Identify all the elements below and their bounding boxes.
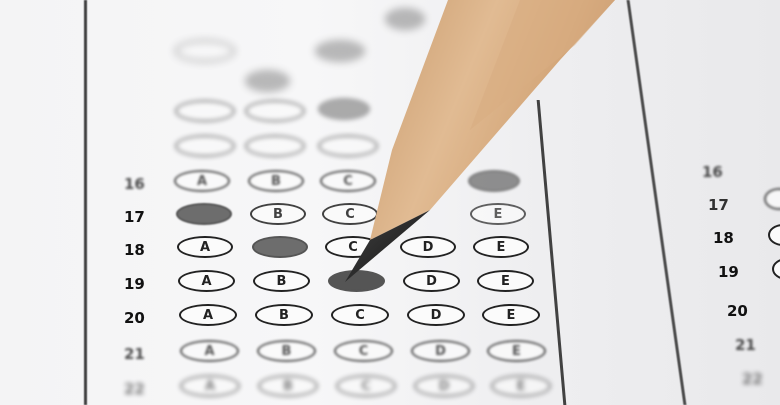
bubble-a[interactable]: A bbox=[178, 270, 235, 292]
question-row-19: 19 A B D E bbox=[0, 270, 780, 300]
answer-bubble bbox=[245, 70, 290, 92]
bubble-a[interactable]: A bbox=[180, 375, 240, 397]
question-number: 22 bbox=[742, 370, 763, 388]
bubble-b[interactable]: B bbox=[250, 203, 306, 225]
question-number: 19 bbox=[124, 275, 145, 293]
bubble-b[interactable]: B bbox=[248, 170, 304, 192]
bubble-a[interactable]: A bbox=[179, 304, 237, 326]
question-number: 22 bbox=[124, 380, 145, 398]
bubble-c-being-filled[interactable] bbox=[328, 270, 385, 292]
bubble-c[interactable]: C bbox=[331, 304, 389, 326]
bubble-d[interactable]: D bbox=[400, 236, 456, 258]
question-row-17: 17 B C E bbox=[0, 203, 780, 233]
bubble-d[interactable]: D bbox=[414, 375, 474, 397]
bubble-e[interactable]: E bbox=[470, 203, 526, 225]
question-number: 21 bbox=[124, 345, 145, 363]
question-number: 20 bbox=[124, 309, 145, 327]
question-number: 17 bbox=[124, 208, 145, 226]
answer-bubble bbox=[315, 40, 365, 62]
bubble-c[interactable]: C bbox=[325, 236, 381, 258]
bubble-a[interactable]: A bbox=[177, 236, 233, 258]
bubble-a[interactable]: A bbox=[180, 340, 239, 362]
question-number: 18 bbox=[713, 229, 734, 247]
question-row-20: 20 A B C D E bbox=[0, 304, 780, 334]
bubble-b[interactable]: B bbox=[258, 375, 318, 397]
question-number: 19 bbox=[718, 263, 739, 281]
question-number: 16 bbox=[124, 175, 145, 193]
bubble-c[interactable]: C bbox=[322, 203, 378, 225]
bubble-e[interactable]: E bbox=[477, 270, 534, 292]
bubble-e[interactable]: E bbox=[482, 304, 540, 326]
answer-bubble bbox=[245, 135, 305, 157]
bubble-c[interactable]: C bbox=[336, 375, 396, 397]
answer-bubble bbox=[318, 135, 378, 157]
bubble-d[interactable]: D bbox=[403, 270, 460, 292]
bubble-b[interactable]: B bbox=[255, 304, 313, 326]
answer-bubble bbox=[385, 8, 425, 30]
bubble-e[interactable]: E bbox=[491, 375, 551, 397]
question-row-21: 21 A B C D E bbox=[0, 340, 780, 370]
bubble-e[interactable]: E bbox=[487, 340, 546, 362]
question-row-16: 16 A B C bbox=[0, 170, 780, 200]
bubble-e[interactable]: E bbox=[473, 236, 529, 258]
question-row-18: 18 A C D E bbox=[0, 236, 780, 266]
bubble-a[interactable]: A bbox=[174, 170, 230, 192]
bubble-b[interactable]: B bbox=[257, 340, 316, 362]
bubble-b[interactable]: B bbox=[253, 270, 310, 292]
answer-bubble bbox=[175, 40, 235, 62]
question-row-22: 22 A B C D E bbox=[0, 375, 780, 405]
answer-sheet: 16 A B C 17 B C E 18 A C D E 19 A B D E … bbox=[0, 0, 780, 405]
question-number: 18 bbox=[124, 241, 145, 259]
question-number: 21 bbox=[735, 336, 756, 354]
bubble-c[interactable]: C bbox=[320, 170, 376, 192]
bubble-e-filled[interactable] bbox=[468, 170, 520, 192]
bubble-d[interactable]: D bbox=[407, 304, 465, 326]
bubble-d[interactable]: D bbox=[411, 340, 470, 362]
bubble-a-filled[interactable] bbox=[176, 203, 232, 225]
bubble-b-filled[interactable] bbox=[252, 236, 308, 258]
bubble-c[interactable]: C bbox=[334, 340, 393, 362]
question-number: 17 bbox=[708, 196, 729, 214]
answer-bubble bbox=[318, 98, 370, 120]
answer-bubble bbox=[245, 100, 305, 122]
answer-bubble bbox=[175, 135, 235, 157]
question-number: 16 bbox=[702, 163, 723, 181]
question-number: 20 bbox=[727, 302, 748, 320]
answer-bubble bbox=[175, 100, 235, 122]
